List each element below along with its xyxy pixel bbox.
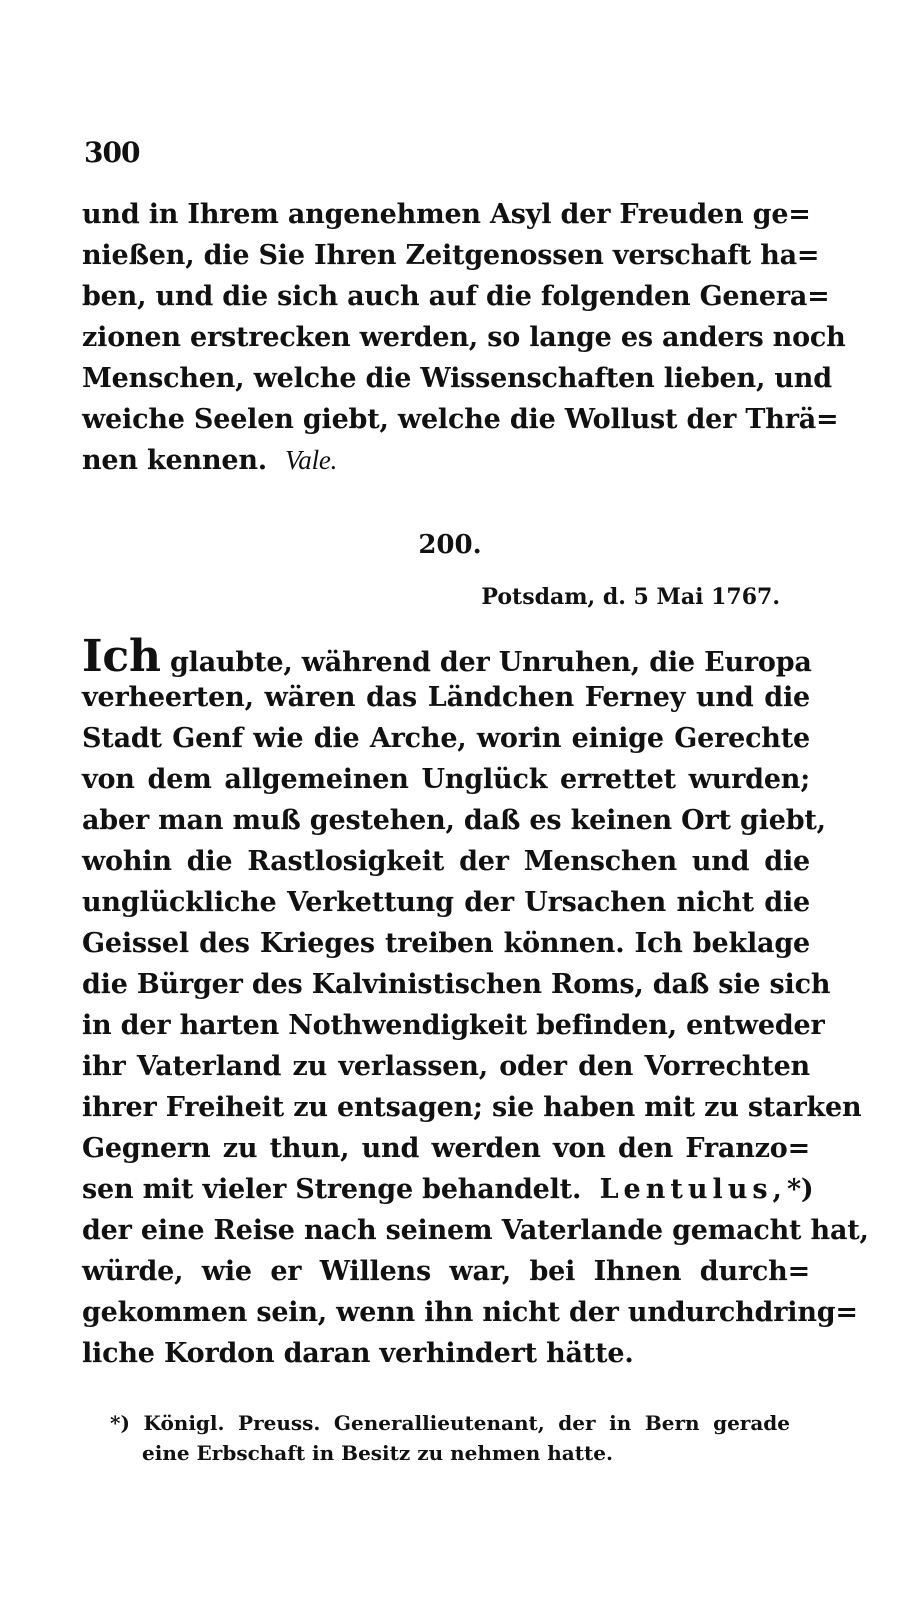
text-line-content: nen kennen. bbox=[82, 445, 267, 476]
text-line: von dem allgemeinen Unglück errettet wur… bbox=[82, 759, 810, 800]
text-line: zionen erstrecken werden, so lange es an… bbox=[82, 317, 810, 358]
text-line: würde, wie er Willens war, bei Ihnen dur… bbox=[82, 1251, 810, 1292]
text-line: Menschen, welche die Wissenschaften lieb… bbox=[82, 358, 810, 399]
text-line: ihrer Freiheit zu entsagen; sie haben mi… bbox=[82, 1087, 810, 1128]
text-line: ihr Vaterland zu verlassen, oder den Vor… bbox=[82, 1046, 810, 1087]
text-line: die Bürger des Kalvinistischen Roms, daß… bbox=[82, 964, 810, 1005]
text-line-content: sen mit vieler Strenge behandelt. bbox=[82, 1174, 581, 1205]
text-line: und in Ihrem angenehmen Asyl der Freuden… bbox=[82, 194, 810, 235]
previous-letter-ending: und in Ihrem angenehmen Asyl der Freuden… bbox=[82, 194, 810, 481]
text-line-first: Ich glaubte, während der Unruhen, die Eu… bbox=[82, 636, 810, 677]
text-line: gekommen sein, wenn ihn nicht der undurc… bbox=[82, 1292, 810, 1333]
text-line-final: nen kennen.Vale. bbox=[82, 440, 810, 481]
text-line: ben, und die sich auch auf die folgenden… bbox=[82, 276, 810, 317]
book-page: 300 und in Ihrem angenehmen Asyl der Fre… bbox=[0, 0, 900, 1624]
text-line: verheerten, wären das Ländchen Ferney un… bbox=[82, 677, 810, 718]
text-line: wohin die Rastlosigkeit der Menschen und… bbox=[82, 841, 810, 882]
text-line-final: liche Kordon daran verhindert hätte. bbox=[82, 1333, 810, 1374]
text-line: in der harten Nothwendigkeit befinden, e… bbox=[82, 1005, 810, 1046]
footnote-line: eine Erbschaft in Besitz zu nehmen hatte… bbox=[110, 1438, 790, 1468]
page-number: 300 bbox=[84, 136, 139, 169]
letter-body: Ich glaubte, während der Unruhen, die Eu… bbox=[82, 636, 810, 1374]
footnote: *) Königl. Preuss. Generallieutenant, de… bbox=[110, 1408, 790, 1468]
letter-number-heading: 200. bbox=[0, 530, 900, 560]
text-line: Geissel des Krieges treiben können. Ich … bbox=[82, 923, 810, 964]
footnote-line: *) Königl. Preuss. Generallieutenant, de… bbox=[110, 1408, 790, 1438]
closing-salutation: Vale. bbox=[285, 445, 337, 475]
text-line: weiche Seelen giebt, welche die Wollust … bbox=[82, 399, 810, 440]
spaced-name: Lentulus, bbox=[600, 1174, 787, 1205]
footnote-marker: *) bbox=[110, 1411, 130, 1435]
footnote-reference: *) bbox=[787, 1174, 814, 1205]
text-line: unglückliche Verkettung der Ursachen nic… bbox=[82, 882, 810, 923]
footnote-text: Königl. Preuss. Generallieutenant, der i… bbox=[144, 1411, 791, 1435]
text-line: Stadt Genf wie die Arche, worin einige G… bbox=[82, 718, 810, 759]
letter-dateline: Potsdam, d. 5 Mai 1767. bbox=[481, 584, 780, 610]
text-line-with-name: sen mit vieler Strenge behandelt. Lentul… bbox=[82, 1169, 810, 1210]
text-line: der eine Reise nach seinem Vaterlande ge… bbox=[82, 1210, 810, 1251]
text-line-content: glaubte, während der Unruhen, die Europa bbox=[161, 647, 812, 678]
drop-cap: Ich bbox=[82, 631, 161, 682]
text-line: nießen, die Sie Ihren Zeitgenossen versc… bbox=[82, 235, 810, 276]
text-line: Gegnern zu thun, und werden von den Fran… bbox=[82, 1128, 810, 1169]
text-line: aber man muß gestehen, daß es keinen Ort… bbox=[82, 800, 810, 841]
